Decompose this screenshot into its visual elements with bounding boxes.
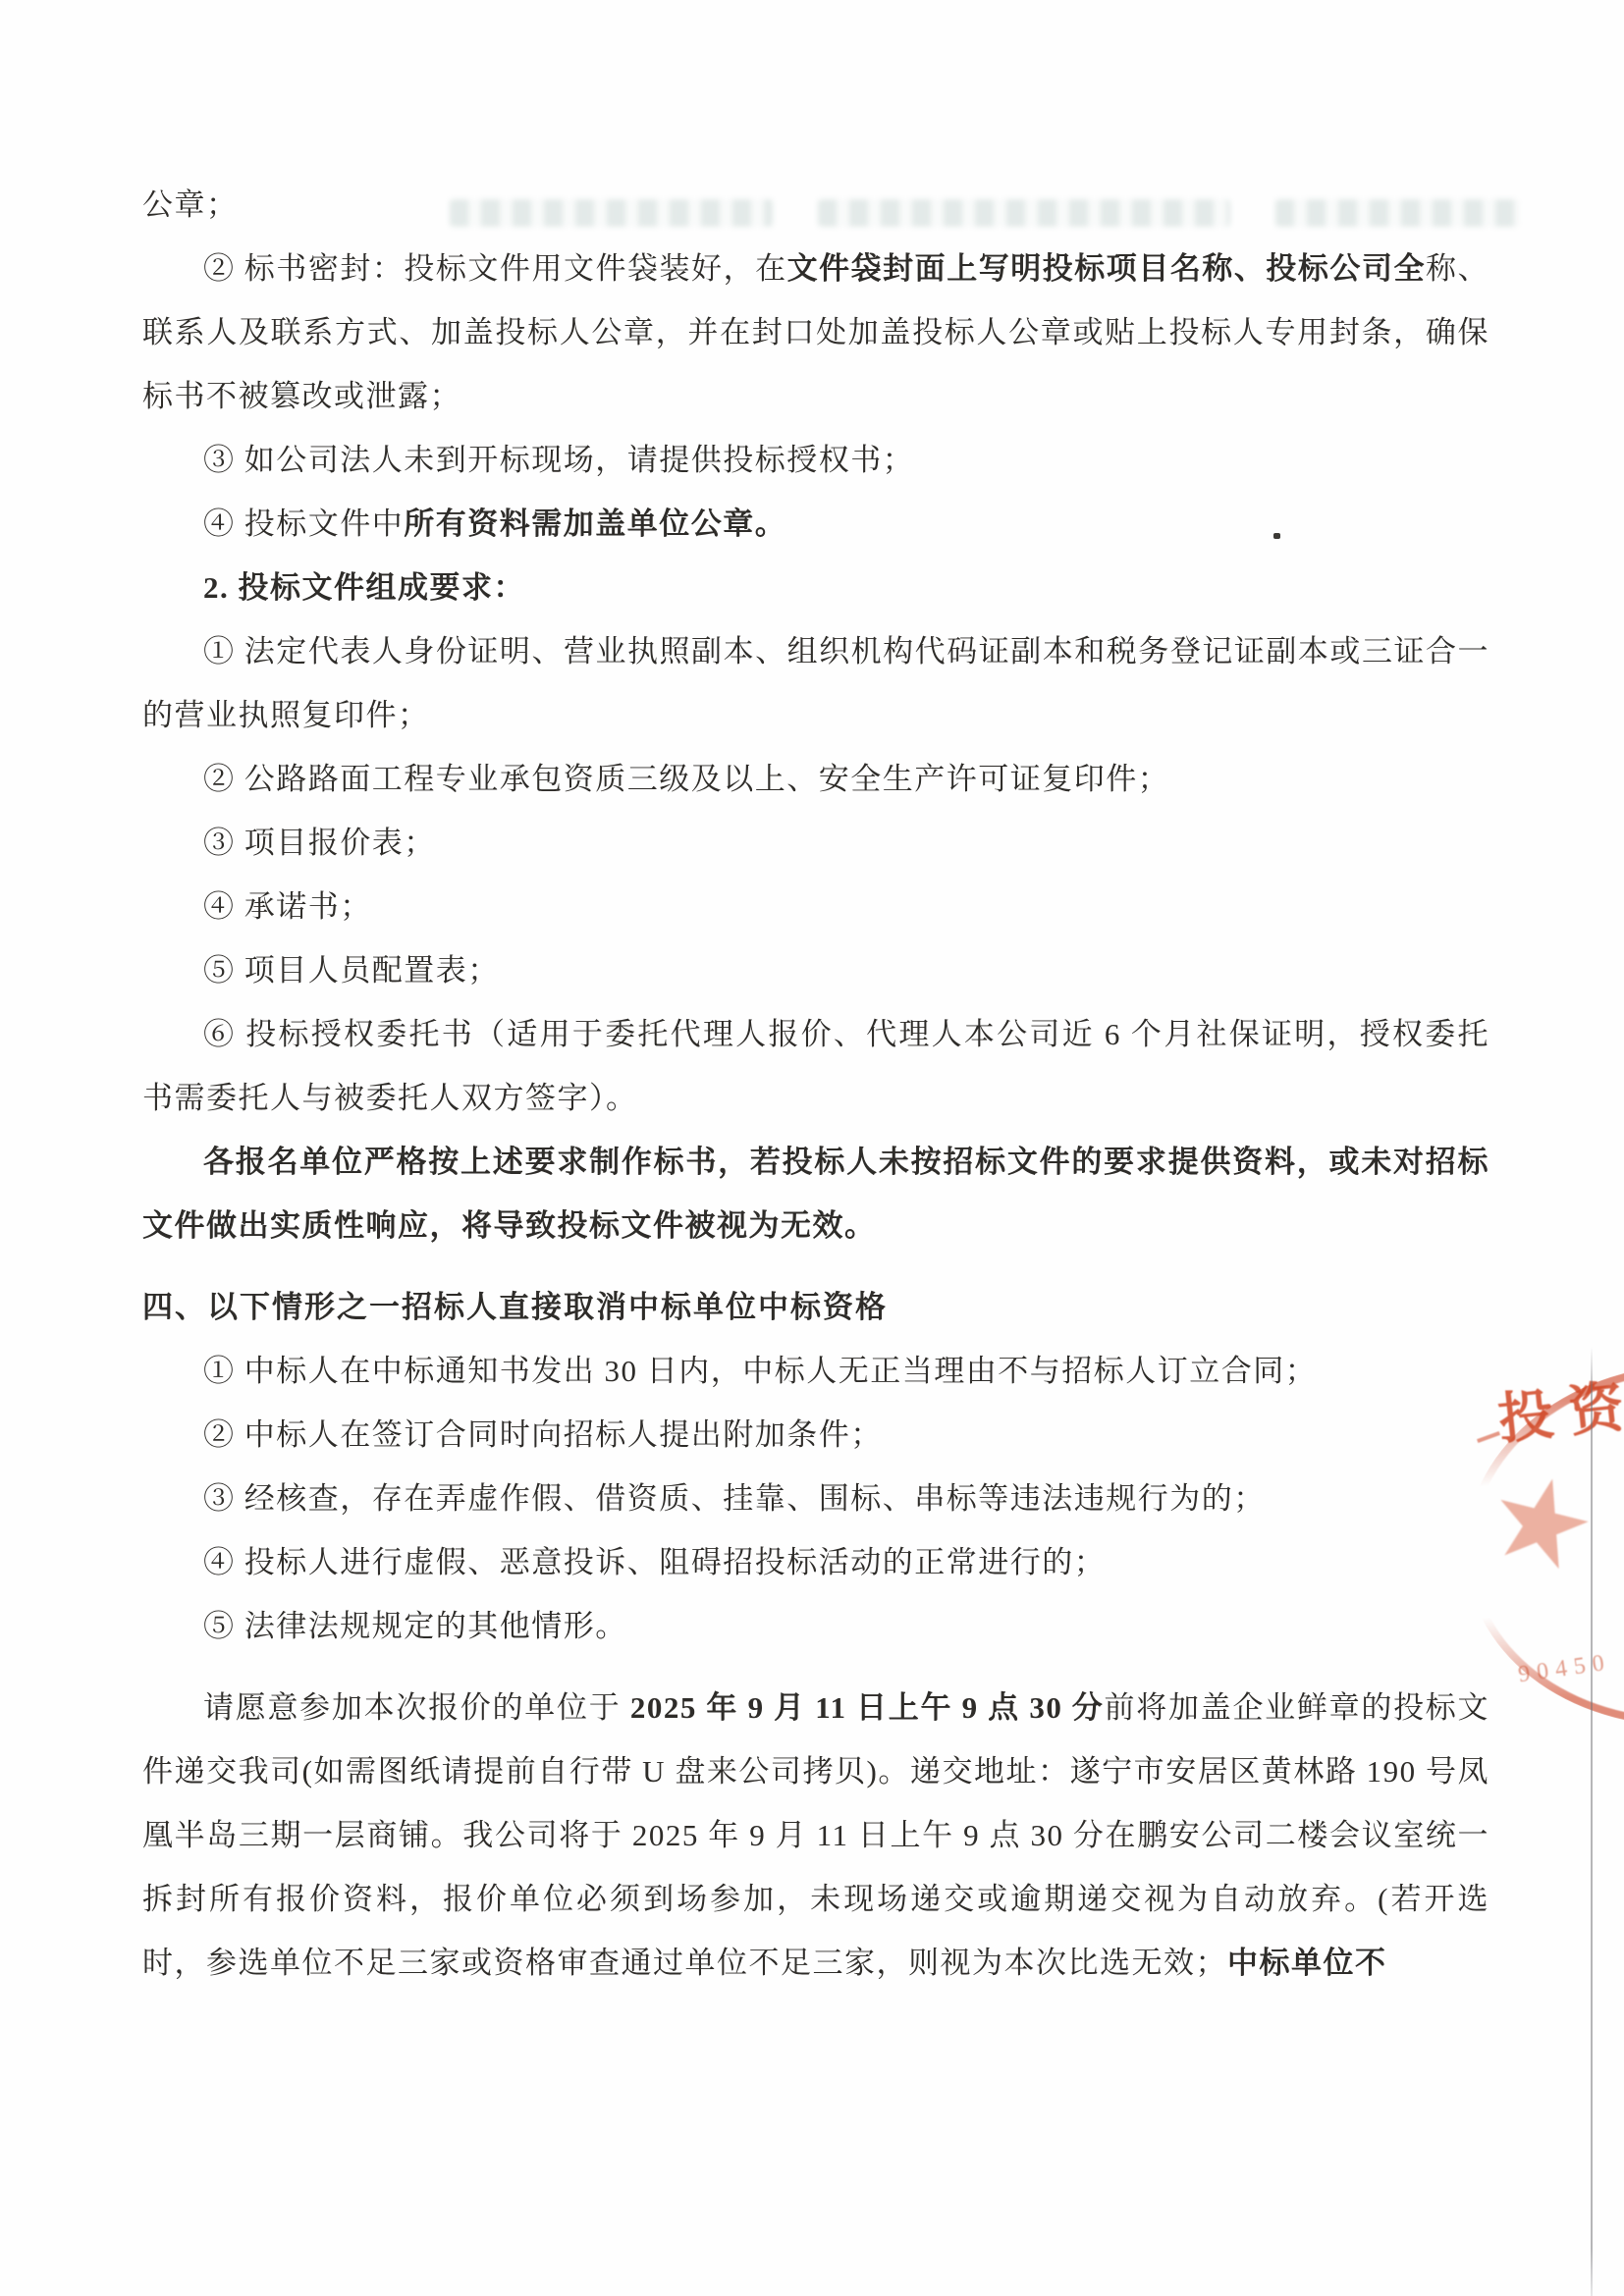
paragraph: 公章； bbox=[142, 173, 1489, 237]
text-run: 公章； bbox=[142, 187, 239, 222]
text-run: 2. 投标文件组成要求： bbox=[203, 570, 525, 605]
scanned-document-page: 公章；② 标书密封：投标文件用文件袋装好，在文件袋封面上写明投标项目名称、投标公… bbox=[0, 0, 1624, 2296]
text-run: ⑤ 法律法规规定的其他情形。 bbox=[203, 1609, 627, 1643]
paragraph: ④ 投标文件中所有资料需加盖单位公章。 bbox=[142, 492, 1489, 556]
text-run: ③ 经核查，存在弄虚作假、借资质、挂靠、围标、串标等违法违规行为的； bbox=[203, 1481, 1266, 1516]
text-run: ③ 如公司法人未到开标现场，请提供投标授权书； bbox=[203, 443, 914, 477]
text-run: ① 法定代表人身份证明、营业执照副本、组织机构代码证副本和税务登记证副本或三证合… bbox=[142, 634, 1489, 732]
paragraph: ② 标书密封：投标文件用文件袋装好，在文件袋封面上写明投标项目名称、投标公司全称… bbox=[142, 237, 1489, 428]
text-run: 文件袋封面上写明投标项目名称、投标公司全 bbox=[787, 251, 1426, 286]
text-run: ④ 投标人进行虚假、恶意投诉、阻碍招投标活动的正常进行的； bbox=[203, 1545, 1106, 1579]
text-run: 各报名单位严格按上述要求制作标书，若投标人未按招标文件的要求提供资料，或未对招标… bbox=[142, 1145, 1489, 1243]
paragraph: ⑥ 投标授权委托书（适用于委托代理人报价、代理人本公司近 6 个月社保证明，授权… bbox=[142, 1002, 1489, 1130]
text-run: ② 公路路面工程专业承包资质三级及以上、安全生产许可证复印件； bbox=[203, 762, 1169, 796]
stamp-text: 投资 bbox=[1495, 1379, 1624, 1449]
paragraph: ④ 投标人进行虚假、恶意投诉、阻碍招投标活动的正常进行的； bbox=[142, 1530, 1489, 1594]
paragraph: ② 公路路面工程专业承包资质三级及以上、安全生产许可证复印件； bbox=[142, 747, 1489, 811]
text-run: 请愿意参加本次报价的单位于 bbox=[203, 1690, 630, 1725]
paragraph: ① 中标人在中标通知书发出 30 日内，中标人无正当理由不与招标人订立合同； bbox=[142, 1339, 1489, 1403]
text-run: 四、以下情形之一招标人直接取消中标单位中标资格 bbox=[142, 1290, 888, 1324]
text-run: ④ 投标文件中 bbox=[203, 507, 404, 541]
text-run: ② 标书密封：投标文件用文件袋装好，在 bbox=[203, 251, 787, 286]
text-run: ⑥ 投标授权委托书（适用于委托代理人报价、代理人本公司近 6 个月社保证明，授权… bbox=[142, 1017, 1489, 1115]
text-run: 所有资料需加盖单位公章。 bbox=[404, 507, 786, 541]
paragraph: ③ 项目报价表； bbox=[142, 811, 1489, 875]
text-run: 前将加盖企业鲜章的投标文件递交我司(如需图纸请提前自行带 U 盘来公司拷贝)。递… bbox=[142, 1690, 1489, 1980]
scan-edge-line bbox=[1591, 1347, 1593, 2296]
paragraph: ③ 如公司法人未到开标现场，请提供投标授权书； bbox=[142, 428, 1489, 492]
text-run: ③ 项目报价表； bbox=[203, 826, 436, 860]
ink-dot-artifact bbox=[1273, 533, 1280, 539]
paragraph: ⑤ 项目人员配置表； bbox=[142, 938, 1489, 1002]
paragraph: 各报名单位严格按上述要求制作标书，若投标人未按招标文件的要求提供资料，或未对招标… bbox=[142, 1130, 1489, 1257]
paragraph: 2. 投标文件组成要求： bbox=[142, 556, 1489, 619]
text-run: 2025 年 9 月 11 日上午 9 点 30 分 bbox=[630, 1690, 1105, 1725]
text-run: ② 中标人在签订合同时向招标人提出附加条件； bbox=[203, 1417, 883, 1452]
paragraph: ④ 承诺书； bbox=[142, 875, 1489, 938]
text-run: 中标单位不 bbox=[1227, 1946, 1387, 1980]
paragraph: ⑤ 法律法规规定的其他情形。 bbox=[142, 1594, 1489, 1658]
paragraph: ③ 经核查，存在弄虚作假、借资质、挂靠、围标、串标等违法违规行为的； bbox=[142, 1467, 1489, 1530]
text-run: ⑤ 项目人员配置表； bbox=[203, 953, 500, 988]
paragraph: ① 法定代表人身份证明、营业执照副本、组织机构代码证副本和税务登记证副本或三证合… bbox=[142, 619, 1489, 747]
paragraph: ② 中标人在签订合同时向招标人提出附加条件； bbox=[142, 1403, 1489, 1467]
paragraph: 请愿意参加本次报价的单位于 2025 年 9 月 11 日上午 9 点 30 分… bbox=[142, 1676, 1489, 1995]
section-heading: 四、以下情形之一招标人直接取消中标单位中标资格 bbox=[142, 1275, 1489, 1339]
text-run: ① 中标人在中标通知书发出 30 日内，中标人无正当理由不与招标人订立合同； bbox=[203, 1354, 1317, 1388]
document-text: 公章；② 标书密封：投标文件用文件袋装好，在文件袋封面上写明投标项目名称、投标公… bbox=[142, 173, 1489, 1995]
text-run: ④ 承诺书； bbox=[203, 889, 372, 924]
